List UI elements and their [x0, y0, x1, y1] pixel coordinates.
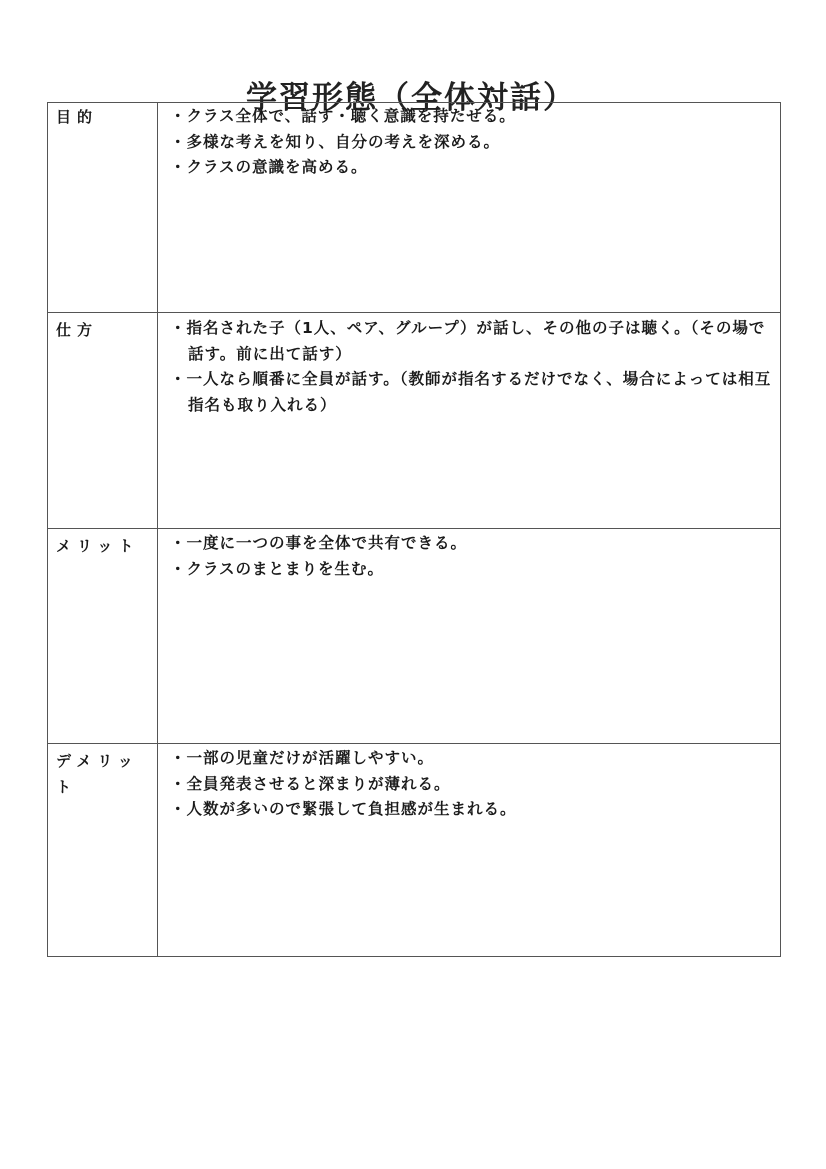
- row-content: ・一度に一つの事を全体で共有できる。 ・クラスのまとまりを生む。: [158, 529, 781, 744]
- learning-format-table: 目的 ・クラス全体で、話す・聴く意識を持たせる。 ・多様な考えを知り、自分の考え…: [47, 102, 781, 957]
- bullet-list: ・クラス全体で、話す・聴く意識を持たせる。 ・多様な考えを知り、自分の考えを深め…: [170, 104, 776, 181]
- table-row-purpose: 目的 ・クラス全体で、話す・聴く意識を持たせる。 ・多様な考えを知り、自分の考え…: [48, 103, 781, 313]
- list-item: ・クラスの意識を高める。: [170, 155, 776, 181]
- row-label: デメリット: [48, 744, 158, 957]
- table-row-method: 仕方 ・指名された子（1人、ペア、グループ）が話し、その他の子は聴く。（その場で…: [48, 313, 781, 529]
- row-label: メリット: [48, 529, 158, 744]
- list-item: ・クラスのまとまりを生む。: [170, 557, 776, 583]
- row-label: 仕方: [48, 313, 158, 529]
- list-item: ・全員発表させると深まりが薄れる。: [170, 772, 776, 798]
- bullet-list: ・一部の児童だけが活躍しやすい。 ・全員発表させると深まりが薄れる。 ・人数が多…: [170, 746, 776, 823]
- list-item: ・一度に一つの事を全体で共有できる。: [170, 531, 776, 557]
- list-item: ・クラス全体で、話す・聴く意識を持たせる。: [170, 104, 776, 130]
- list-item: ・一部の児童だけが活躍しやすい。: [170, 746, 776, 772]
- table-row-demerit: デメリット ・一部の児童だけが活躍しやすい。 ・全員発表させると深まりが薄れる。…: [48, 744, 781, 957]
- list-item: ・指名された子（1人、ペア、グループ）が話し、その他の子は聴く。（その場で話す。…: [170, 316, 776, 367]
- table-row-merit: メリット ・一度に一つの事を全体で共有できる。 ・クラスのまとまりを生む。: [48, 529, 781, 744]
- list-item: ・多様な考えを知り、自分の考えを深める。: [170, 130, 776, 156]
- bullet-list: ・指名された子（1人、ペア、グループ）が話し、その他の子は聴く。（その場で話す。…: [170, 316, 776, 418]
- bullet-list: ・一度に一つの事を全体で共有できる。 ・クラスのまとまりを生む。: [170, 531, 776, 582]
- row-label: 目的: [48, 103, 158, 313]
- list-item: ・人数が多いので緊張して負担感が生まれる。: [170, 797, 776, 823]
- row-content: ・指名された子（1人、ペア、グループ）が話し、その他の子は聴く。（その場で話す。…: [158, 313, 781, 529]
- list-item: ・一人なら順番に全員が話す。（教師が指名するだけでなく、場合によっては相互指名も…: [170, 367, 776, 418]
- row-content: ・クラス全体で、話す・聴く意識を持たせる。 ・多様な考えを知り、自分の考えを深め…: [158, 103, 781, 313]
- row-content: ・一部の児童だけが活躍しやすい。 ・全員発表させると深まりが薄れる。 ・人数が多…: [158, 744, 781, 957]
